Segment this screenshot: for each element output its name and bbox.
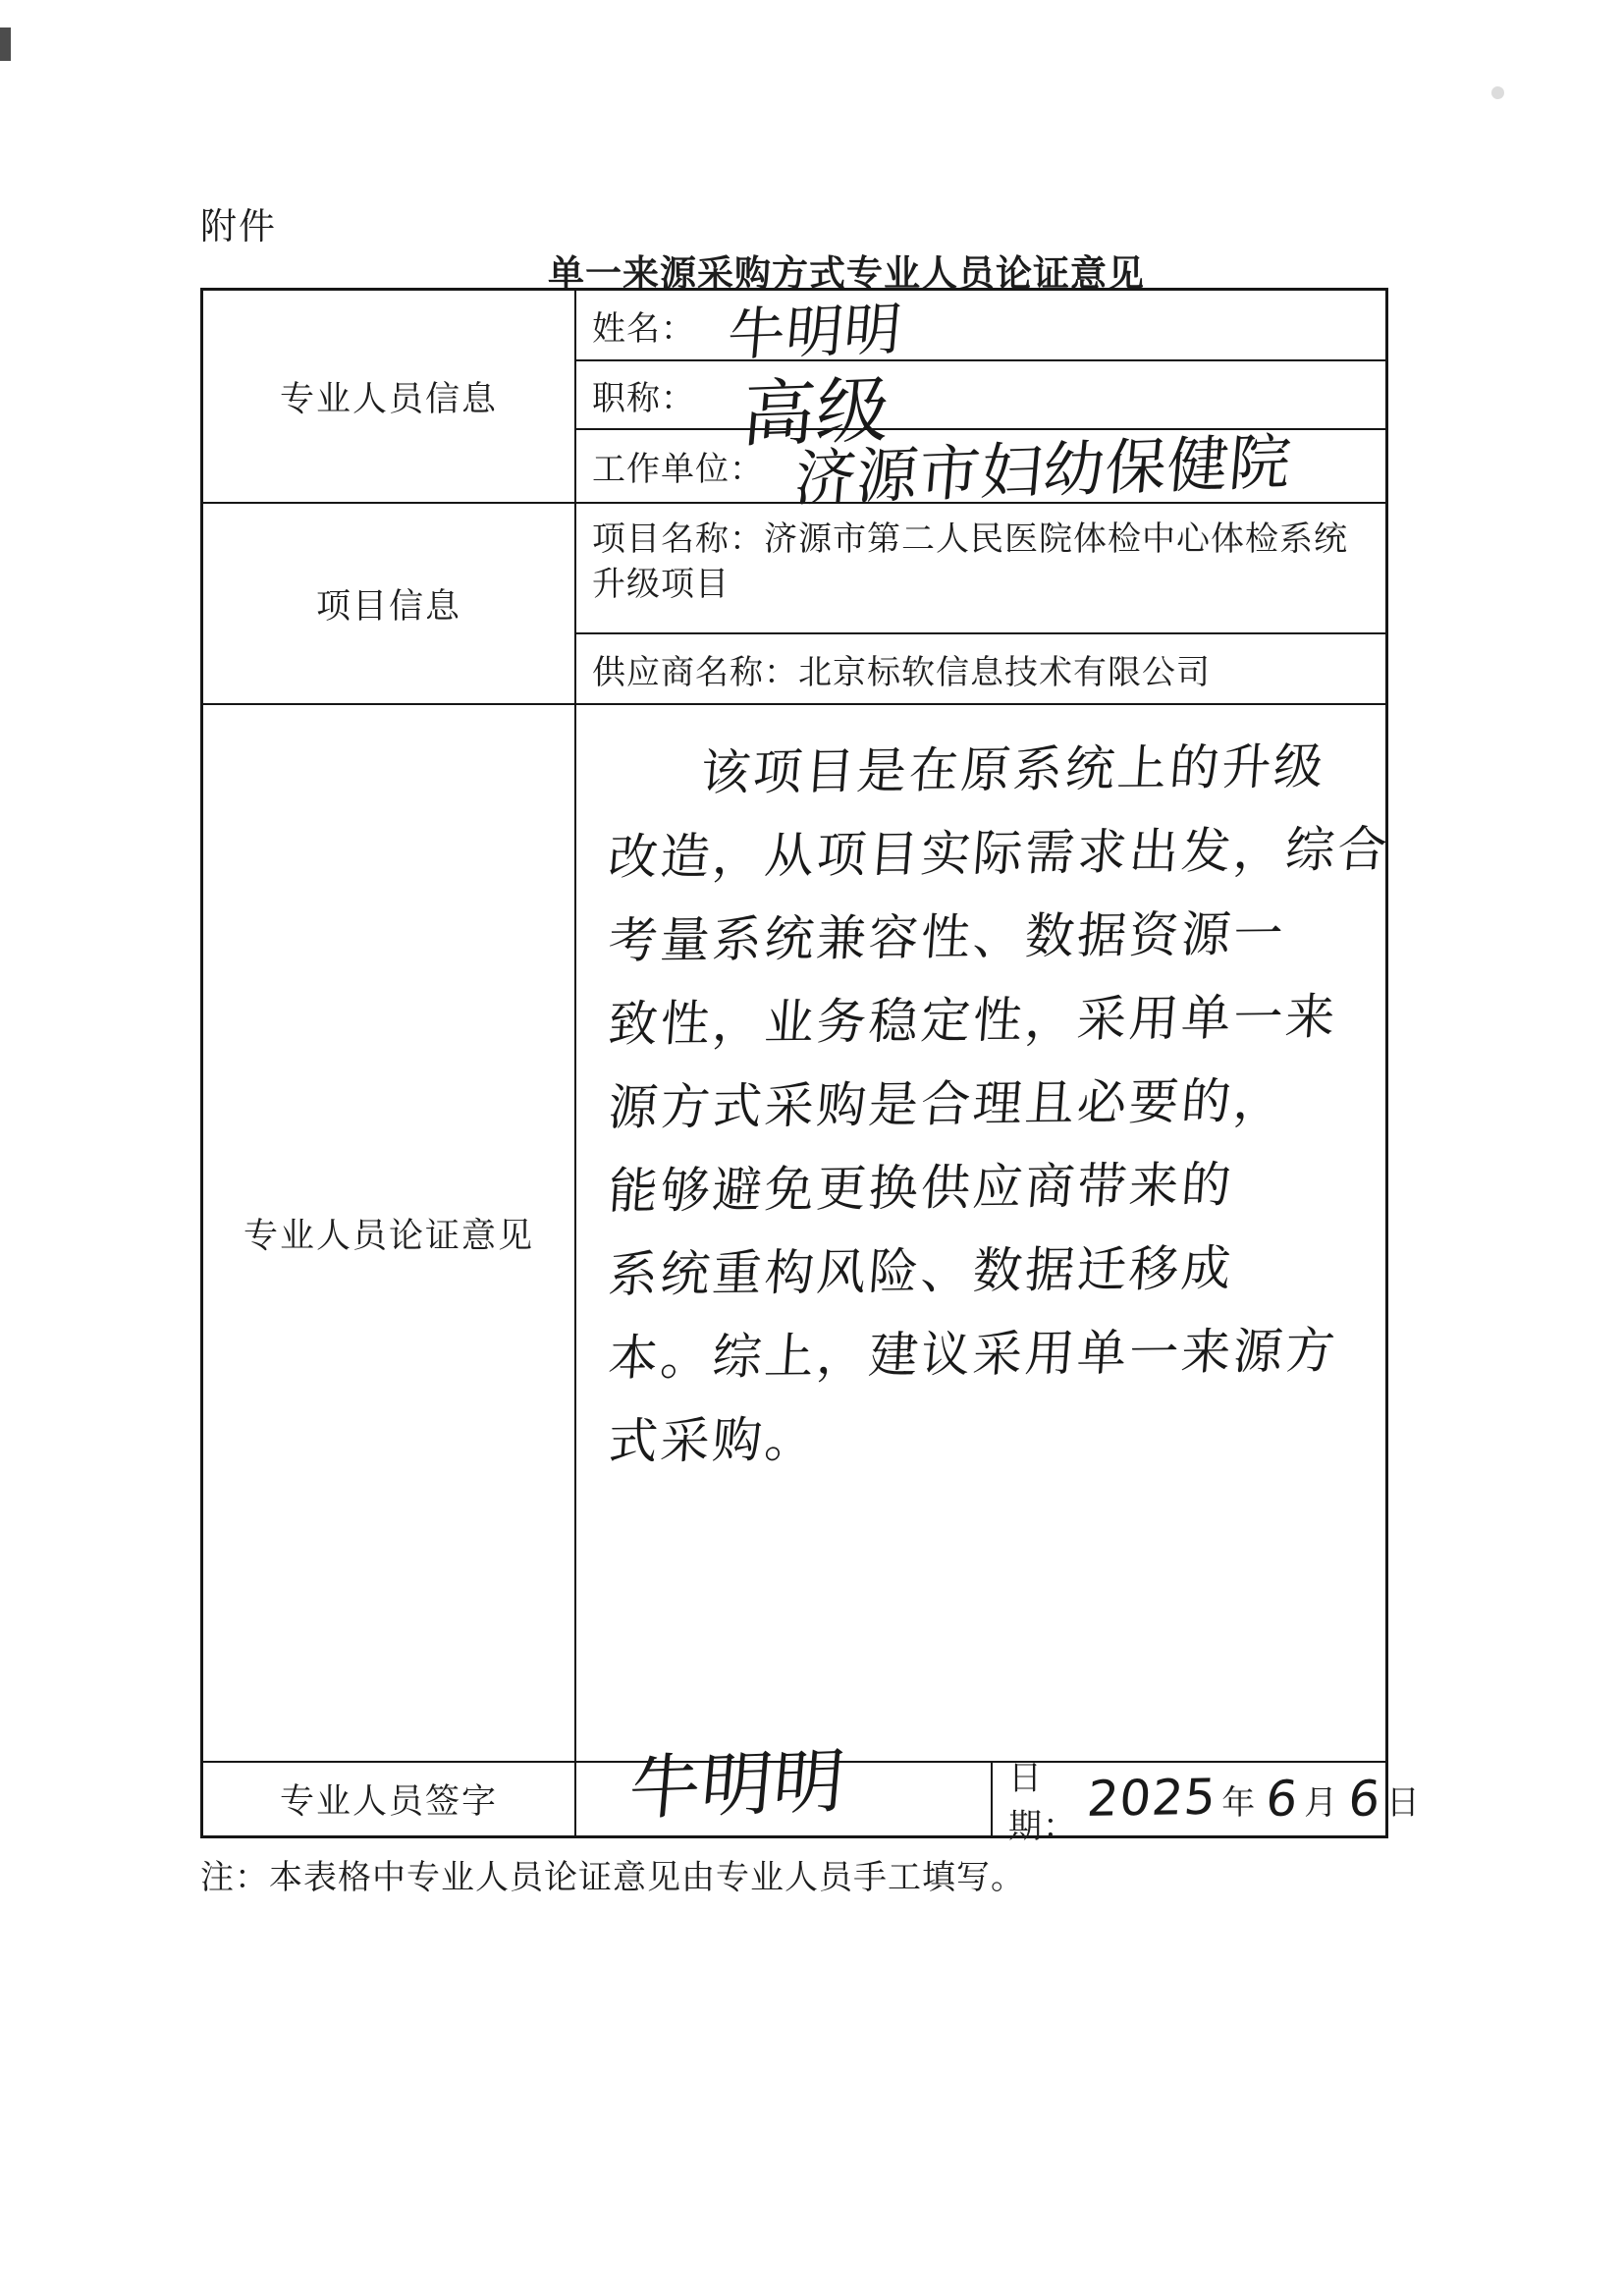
opinion-line: 源方式采购是合理且必要的，: [605, 1059, 1366, 1150]
workunit-label: 工作单位：: [592, 442, 764, 490]
opinion-line: 改造，从项目实际需求出发，综合: [605, 808, 1366, 900]
opinion-line: 能够避免更换供应商带来的: [605, 1142, 1366, 1233]
attachment-label: 附件: [200, 196, 277, 249]
date-month-handwritten: 6: [1264, 1770, 1301, 1828]
name-row: 姓名： 牛明明: [576, 291, 1385, 361]
opinion-section-label: 专业人员论证意见: [203, 705, 576, 1763]
opinion-line: 本。综上，建议采用单一来源方: [605, 1309, 1366, 1400]
project-name-label: 项目名称：: [592, 521, 764, 558]
date-cell: 日期： 2025 年 6 月 6 日: [993, 1763, 1385, 1835]
project-info-section-label: 项目信息: [203, 504, 576, 705]
date-day-handwritten: 6: [1346, 1770, 1383, 1828]
jobtitle-label: 职称：: [592, 371, 695, 419]
opinion-line: 式采购。: [605, 1393, 1366, 1484]
opinion-line: 该项目是在原系统上的升级: [605, 725, 1366, 816]
scan-artifact: [0, 27, 11, 61]
supplier-label: 供应商名称：: [592, 645, 798, 693]
date-month-unit: 月: [1304, 1776, 1338, 1824]
personnel-info-section-label: 专业人员信息: [203, 291, 576, 504]
opinion-line: 致性，业务稳定性，采用单一来: [605, 975, 1366, 1066]
date-year-handwritten: 2025: [1085, 1769, 1219, 1828]
supplier-row: 供应商名称：北京标软信息技术有限公司: [576, 634, 1385, 705]
signature-handwritten-value: 牛明明: [625, 1723, 850, 1833]
supplier-value: 北京标软信息技术有限公司: [798, 645, 1211, 693]
opinion-line: 系统重构风险、数据迁移成: [605, 1226, 1366, 1317]
signature-cell: 牛明明: [576, 1763, 993, 1835]
date-year-unit: 年: [1221, 1776, 1256, 1824]
opinion-form-table: 专业人员信息 姓名： 牛明明 职称： 高级 工作单位： 济源市妇幼保健院 项目信…: [200, 288, 1388, 1838]
scan-artifact: [1491, 86, 1504, 99]
name-label: 姓名：: [592, 301, 695, 350]
opinion-line: 考量系统兼容性、数据资源一: [605, 892, 1366, 983]
footnote: 注：本表格中专业人员论证意见由专业人员手工填写。: [200, 1850, 1025, 1898]
signature-section-label: 专业人员签字: [203, 1763, 576, 1835]
workunit-row: 工作单位： 济源市妇幼保健院: [576, 430, 1385, 504]
opinion-handwritten-text: 该项目是在原系统上的升级 改造，从项目实际需求出发，综合 考量系统兼容性、数据资…: [576, 705, 1385, 1484]
opinion-cell: 该项目是在原系统上的升级 改造，从项目实际需求出发，综合 考量系统兼容性、数据资…: [576, 705, 1385, 1763]
project-name-row: 项目名称：济源市第二人民医院体检中心体检系统升级项目: [576, 504, 1385, 634]
workunit-handwritten-value: 济源市妇幼保健院: [791, 412, 1296, 518]
scanned-document-page: 附件 单一来源采购方式专业人员论证意见 专业人员信息 姓名： 牛明明 职称： 高…: [0, 0, 1623, 2296]
date-label: 日期：: [1008, 1751, 1077, 1847]
date-day-unit: 日: [1386, 1776, 1421, 1824]
